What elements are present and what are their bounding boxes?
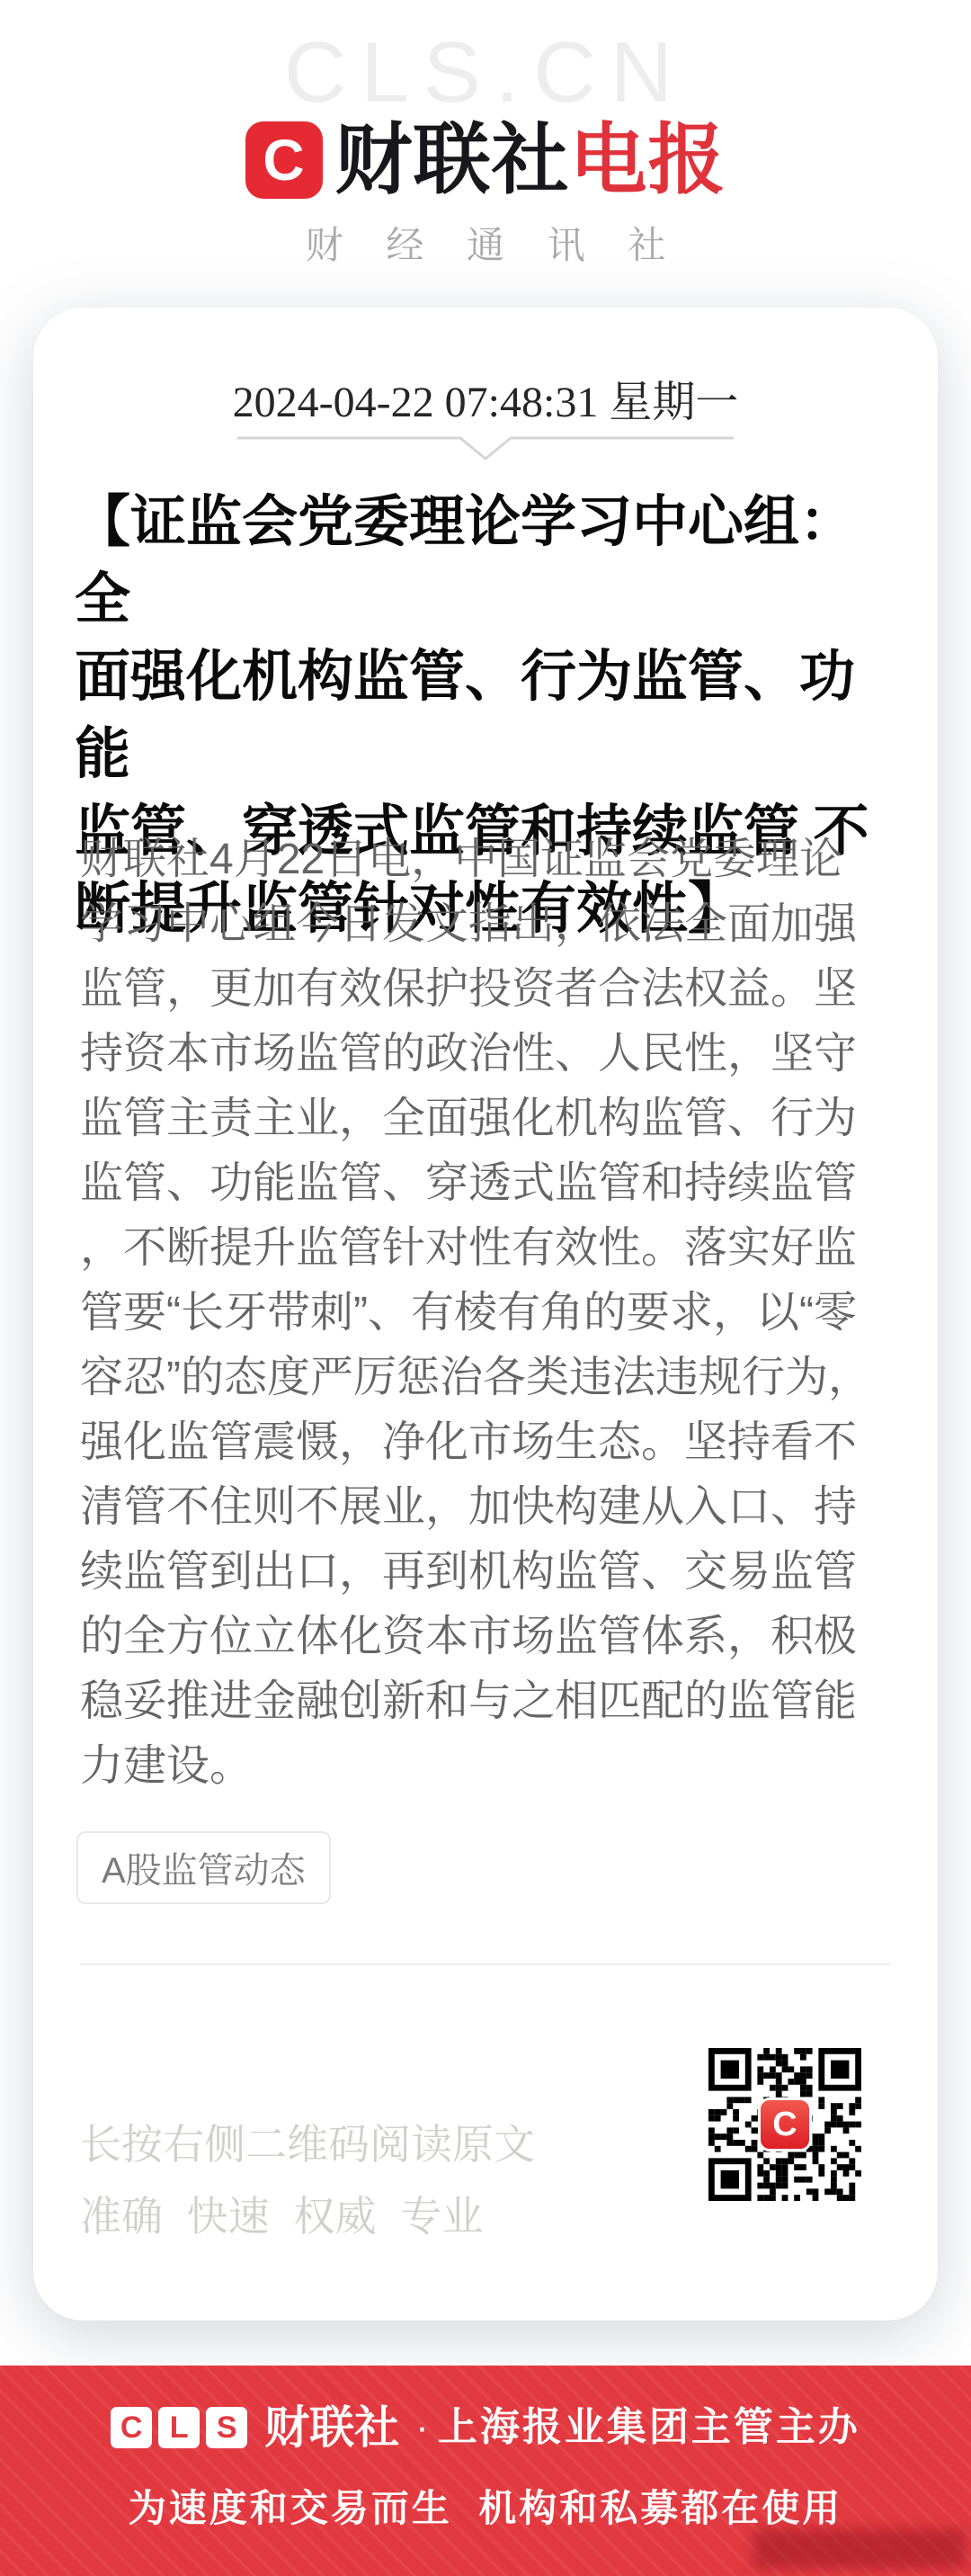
logo-brand-text: 财联社: [335, 121, 570, 199]
text-line: 续监管到出口，再到机构监管、交易监管: [80, 1540, 895, 1605]
qr-hint-text: 长按右侧二维码阅读原文 准确 快速 权威 专业: [80, 2108, 535, 2252]
text-line: 清管不住则不展业，加快构建从入口、持: [80, 1475, 895, 1540]
date-divider-notch: [236, 435, 735, 462]
footer-brand-name: 财联社: [264, 2405, 399, 2450]
footer-separator-dot: ·: [415, 2408, 429, 2447]
text-line: 管要“长牙带刺”、有棱有角的要求，以“零: [80, 1281, 895, 1346]
text-line: 稳妥推进金融创新和与之相匹配的监管能: [80, 1669, 895, 1734]
qr-code[interactable]: C: [708, 2048, 861, 2201]
text-line: 监管、功能监管、穿透式监管和持续监管: [80, 1151, 895, 1216]
news-card: 2024-04-22 07:48:31 星期一 【证监会党委理论学习中心组：全面…: [33, 308, 938, 2321]
text-line: 强化监管震慑，净化市场生态。坚持看不: [80, 1410, 895, 1475]
article-datetime: 2024-04-22 07:48:31 星期一: [33, 367, 938, 429]
text-line: 持资本市场监管的政治性、人民性，坚守: [80, 1022, 895, 1087]
logo-tagline: 财 经 通 讯 社: [0, 216, 971, 270]
text-line: 监管主责主业，全面强化机构监管、行为: [80, 1087, 895, 1151]
text-line: ，不断提升监管针对性有效性。落实好监: [80, 1216, 895, 1281]
footer-slogan: 为速度和交易而生 机构和私募都在使用: [0, 2479, 971, 2533]
qr-hint-line1: 长按右侧二维码阅读原文: [80, 2108, 535, 2180]
text-line: 面强化机构监管、行为监管、功能: [75, 639, 896, 793]
cls-letter-box-l: L: [158, 2407, 200, 2448]
cls-letter-box-s: S: [206, 2407, 247, 2448]
qr-hint-line2: 准确 快速 权威 专业: [80, 2180, 535, 2252]
text-line: 的全方位立体化资本市场监管体系，积极: [80, 1605, 895, 1669]
app-logo: C 财联社 电报: [0, 120, 971, 201]
topic-tag-chip[interactable]: A股监管动态: [76, 1831, 331, 1904]
text-line: 学习中心组今日发文指出，依法全面加强: [80, 892, 895, 957]
card-footer-divider: [80, 1963, 891, 1965]
footer-organizer-text: 上海报业集团主管主办: [438, 2408, 860, 2447]
qr-center-cls-icon: C: [758, 2097, 812, 2151]
text-line: 容忍”的态度严厉惩治各类违法违规行为，: [80, 1346, 895, 1410]
cls-c-icon: C: [245, 121, 323, 199]
cls-letter-box-c: C: [111, 2407, 152, 2448]
text-line: 监管，更加有效保护投资者合法权益。坚: [80, 957, 895, 1022]
text-line: 【证监会党委理论学习中心组：全: [75, 484, 896, 639]
text-line: 力建设。: [80, 1734, 895, 1799]
footer-brand-line: C L S 财联社 · 上海报业集团主管主办: [0, 2366, 971, 2450]
cls-watermark-text: CLS.CN: [0, 23, 971, 122]
text-line: 财联社4月22日电，中国证监会党委理论: [80, 827, 895, 892]
article-body: 财联社4月22日电，中国证监会党委理论学习中心组今日发文指出，依法全面加强监管，…: [80, 827, 895, 1799]
telegraph-share-page: CLS.CN C 财联社 电报 财 经 通 讯 社 2024-04-22 07:…: [0, 0, 971, 2576]
logo-suffix-text: 电报: [570, 121, 726, 199]
footer-blurred-watermark: [753, 2529, 966, 2569]
brand-footer: C L S 财联社 · 上海报业集团主管主办 为速度和交易而生 机构和私募都在使…: [0, 2366, 971, 2576]
